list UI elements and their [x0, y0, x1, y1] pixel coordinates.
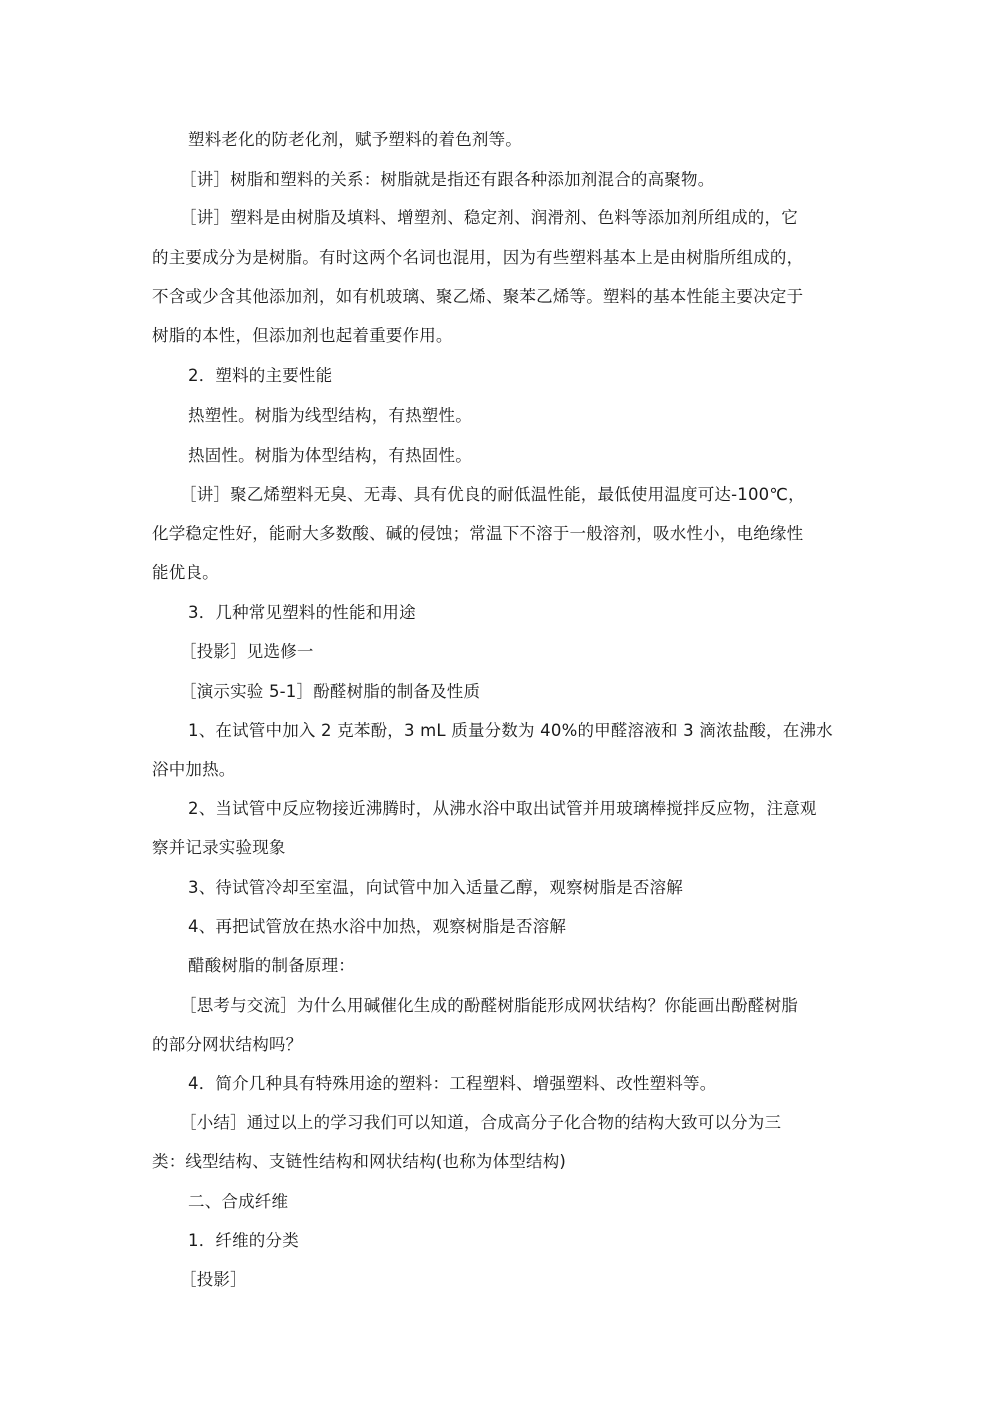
text-line: 类：线型结构、支链性结构和网状结构(也称为体型结构) — [152, 1152, 566, 1172]
text-line: ［投影］见选修一 — [180, 642, 314, 662]
text-line: 热固性。树脂为体型结构，有热固性。 — [188, 446, 472, 466]
text-line: 塑料老化的防老化剂，赋予塑料的着色剂等。 — [188, 130, 522, 150]
text-line: 4、再把试管放在热水浴中加热，观察树脂是否溶解 — [188, 917, 566, 937]
text-line: 1、在试管中加入 2 克苯酚，3 mL 质量分数为 40%的甲醛溶液和 3 滴浓… — [188, 721, 833, 741]
text-line: 察并记录实验现象 — [152, 838, 286, 858]
text-line: 的部分网状结构吗？ — [152, 1035, 302, 1055]
text-line: ［演示实验 5-1］酚醛树脂的制备及性质 — [180, 682, 480, 702]
text-line: ［讲］树脂和塑料的关系：树脂就是指还有跟各种添加剂混合的高聚物。 — [180, 170, 714, 190]
text-line: ［小结］通过以上的学习我们可以知道，合成高分子化合物的结构大致可以分为三 — [180, 1113, 781, 1133]
text-line: 不含或少含其他添加剂，如有机玻璃、聚乙烯、聚苯乙烯等。塑料的基本性能主要决定于 — [152, 287, 803, 307]
text-line: ［投影］ — [180, 1270, 247, 1290]
document-page: 塑料老化的防老化剂，赋予塑料的着色剂等。 ［讲］树脂和塑料的关系：树脂就是指还有… — [0, 0, 1000, 1414]
text-line: 3、待试管冷却至室温，向试管中加入适量乙醇，观察树脂是否溶解 — [188, 878, 683, 898]
section-heading: 4．简介几种具有特殊用途的塑料：工程塑料、增强塑料、改性塑料等。 — [188, 1074, 716, 1094]
text-line: 浴中加热。 — [152, 760, 236, 780]
text-line: 化学稳定性好，能耐大多数酸、碱的侵蚀；常温下不溶于一般溶剂，吸水性小，电绝缘性 — [152, 524, 803, 544]
text-line: 树脂的本性，但添加剂也起着重要作用。 — [152, 326, 453, 346]
section-heading: 3．几种常见塑料的性能和用途 — [188, 603, 416, 623]
section-heading: 2．塑料的主要性能 — [188, 366, 332, 386]
section-heading: 1．纤维的分类 — [188, 1231, 299, 1251]
text-line: 2、当试管中反应物接近沸腾时，从沸水浴中取出试管并用玻璃棒搅拌反应物，注意观 — [188, 799, 817, 819]
text-line: 的主要成分为是树脂。有时这两个名词也混用，因为有些塑料基本上是由树脂所组成的， — [152, 248, 803, 268]
text-line: 醋酸树脂的制备原理： — [188, 956, 355, 976]
text-line: 热塑性。树脂为线型结构，有热塑性。 — [188, 406, 472, 426]
text-line: ［讲］塑料是由树脂及填料、增塑剂、稳定剂、润滑剂、色料等添加剂所组成的，它 — [180, 208, 798, 228]
text-line: ［思考与交流］为什么用碱催化生成的酚醛树脂能形成网状结构？你能画出酚醛树脂 — [180, 996, 798, 1016]
text-line: 能优良。 — [152, 563, 219, 583]
text-line: ［讲］聚乙烯塑料无臭、无毒、具有优良的耐低温性能，最低使用温度可达-100℃， — [180, 485, 805, 505]
chapter-heading: 二、合成纤维 — [188, 1192, 288, 1212]
